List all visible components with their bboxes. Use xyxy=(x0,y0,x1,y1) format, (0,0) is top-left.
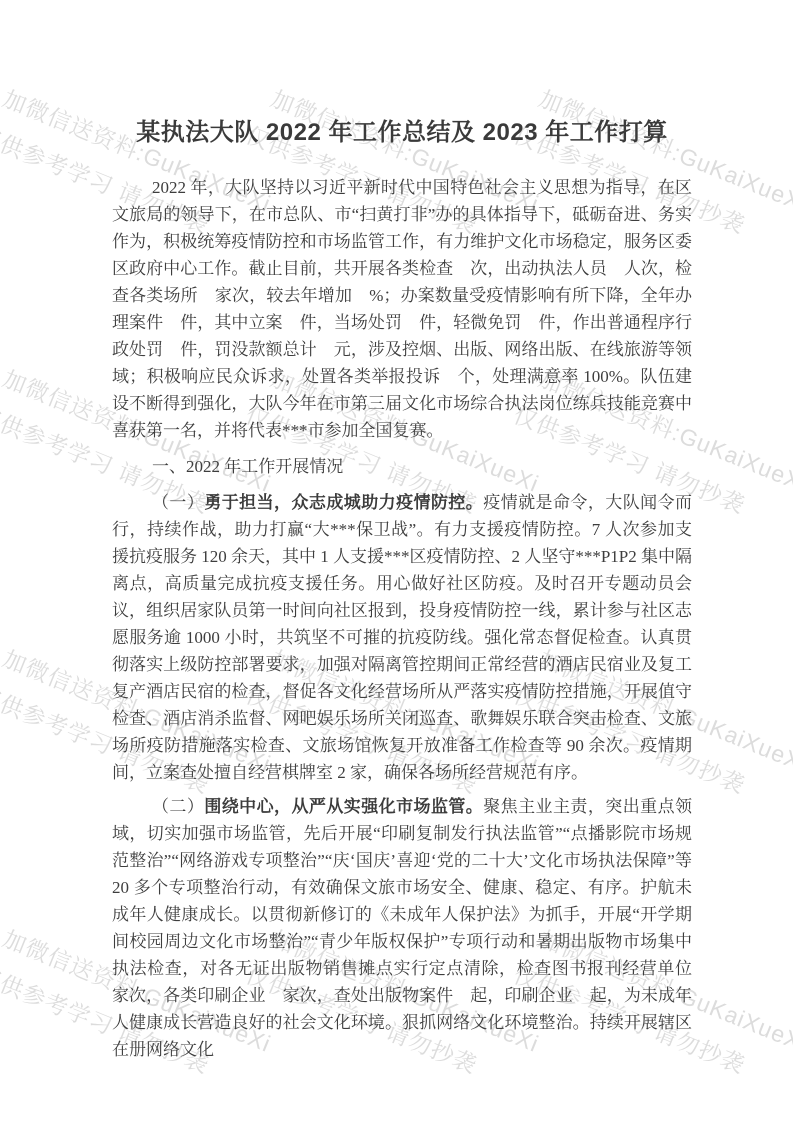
paragraph: （二）围绕中心，从严从实强化市场监管。聚焦主业主责，突出重点领域，切实加强市场监… xyxy=(112,793,692,1063)
document-page: 加微信送资料:GuKaiXueXi仅供参考学习 请勿抄袭加微信送资料:GuKai… xyxy=(0,0,793,1122)
text-run: 2022 年，大队坚持以习近平新时代中国特色社会主义思想为指导，在区文旅局的领导… xyxy=(112,178,692,440)
paragraph: 2022 年，大队坚持以习近平新时代中国特色社会主义思想为指导，在区文旅局的领导… xyxy=(112,174,692,444)
text-run: 聚焦主业主责，突出重点领域，切实加强市场监管，先后开展“印刷复制发行执法监管”“… xyxy=(112,797,709,1059)
text-run: 疫情就是命令，大队闻令而行，持续作战，助力打赢“大***保卫战”。有力支援疫情防… xyxy=(112,493,692,782)
text-run: （一） xyxy=(152,493,204,512)
document-body: 某执法大队 2022 年工作总结及 2023 年工作打算 2022 年，大队坚持… xyxy=(112,116,692,1070)
bold-text-run: 围绕中心，从严从实强化市场监管。 xyxy=(204,797,483,816)
bold-text-run: 勇于担当，众志成城助力疫情防控。 xyxy=(204,493,483,512)
text-run: 一、2022 年工作开展情况 xyxy=(152,457,343,476)
document-content: 2022 年，大队坚持以习近平新时代中国特色社会主义思想为指导，在区文旅局的领导… xyxy=(112,174,692,1063)
section-heading: 一、2022 年工作开展情况 xyxy=(112,453,692,480)
document-title: 某执法大队 2022 年工作总结及 2023 年工作打算 xyxy=(112,116,692,150)
text-run: （二） xyxy=(152,797,204,816)
paragraph: （一）勇于担当，众志成城助力疫情防控。疫情就是命令，大队闻令而行，持续作战，助力… xyxy=(112,489,692,786)
